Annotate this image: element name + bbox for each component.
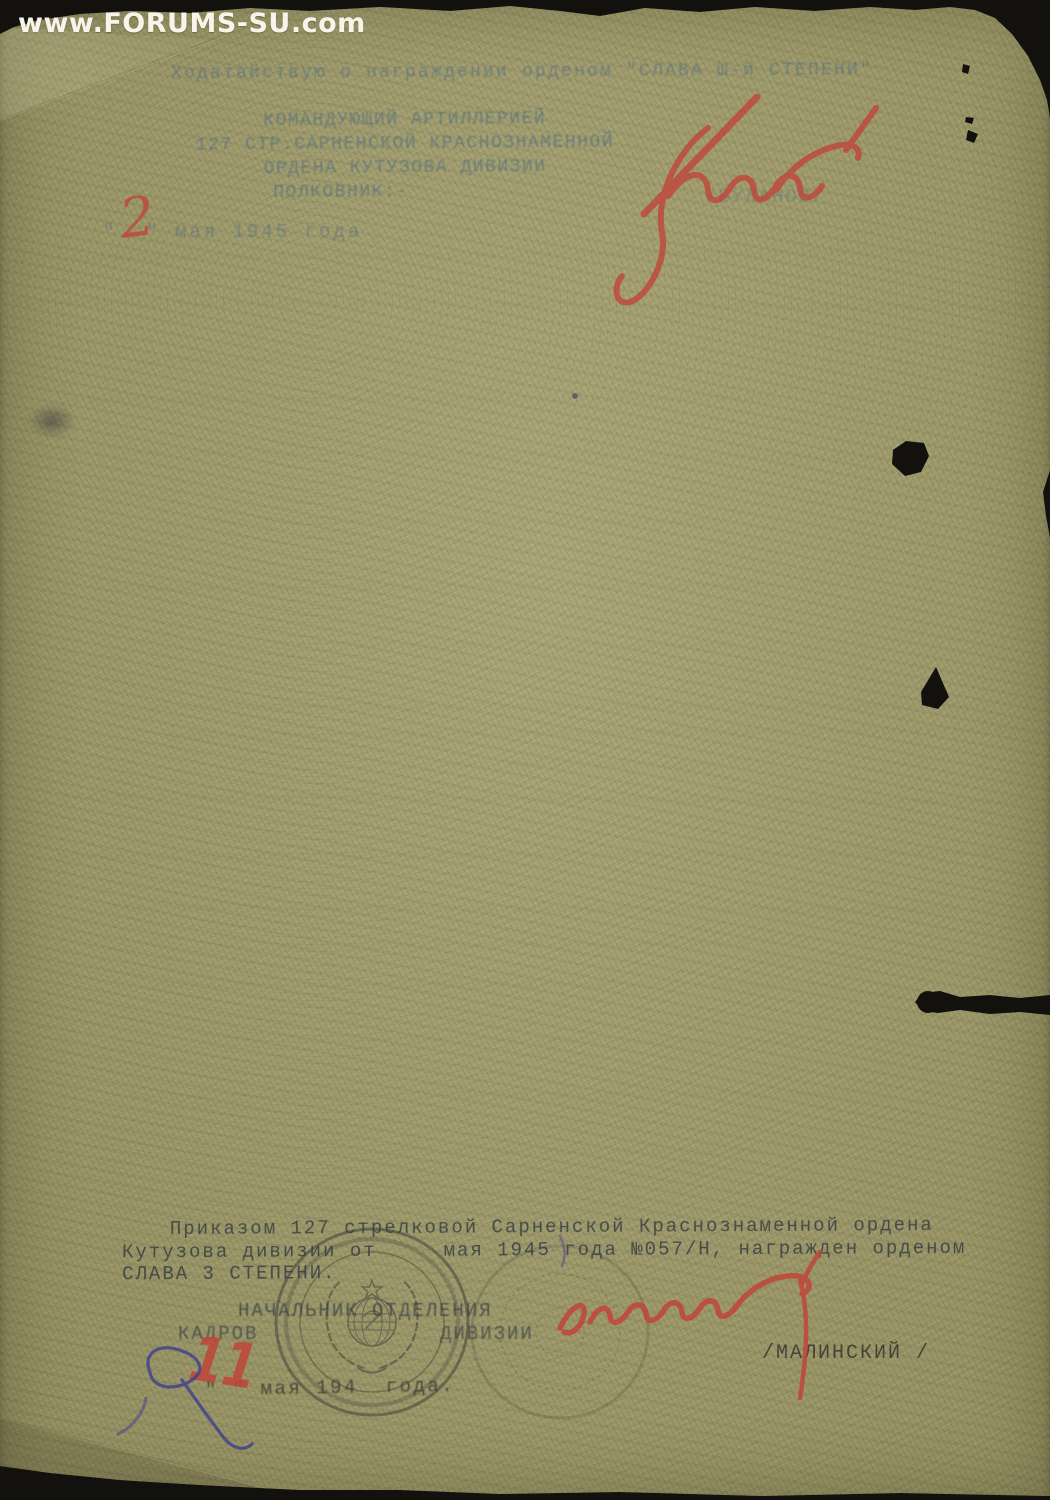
order-kutuzov-line: ОРДЕНА КУТУЗОВА ДИВИЗИИ: [155, 154, 655, 181]
petition-line: Ходатайствую о награждении орденом "СЛАВ…: [150, 60, 894, 84]
ghost-text-line: [170, 727, 1030, 739]
commander-title: КОМАНДУЮЩИЙ АРТИЛЛЕРИЕЙ: [155, 106, 655, 133]
ghost-text-line: [130, 1091, 850, 1100]
officer-title-line2-right: ДИВИЗИИ: [440, 1323, 534, 1345]
commander-block: КОМАНДУЮЩИЙ АРТИЛЛЕРИЕЙ 127 СТР.САРНЕНСК…: [155, 106, 656, 205]
ghost-text-line: [60, 395, 770, 403]
ghost-text-line: [410, 762, 710, 768]
ghost-text-line: [300, 641, 730, 649]
award-order-paragraph: Приказом 127 стрелковой Сарненской Красн…: [122, 1214, 1022, 1286]
officer-title-line1: НАЧАЛЬНИК ОТДЕЛЕНИЯ: [238, 1300, 493, 1322]
document-scan: Ходатайствую о награждении орденом "СЛАВ…: [0, 0, 1050, 1500]
typed-name-bottom: /МАЛИНСКИЙ /: [762, 1342, 930, 1365]
handwritten-day: 2: [116, 184, 158, 251]
ghost-text-line: [260, 1147, 760, 1155]
watermark: www.FORUMS-SU.com: [18, 8, 366, 39]
rank-line: ПОЛКОВНИК:-: [155, 178, 655, 205]
ghost-text-line: [10, 299, 1030, 310]
ink-smudge: [28, 404, 76, 438]
ghost-text-line: [120, 449, 890, 460]
ghost-text-line: [70, 249, 940, 261]
division-line: 127 СТР.САРНЕНСКОЙ КРАСНОЗНАМЕННОЙ: [155, 130, 655, 157]
handwritten-mark-11: 11: [185, 1321, 261, 1403]
ghost-text-line: [150, 704, 980, 710]
typed-name-top: /БУЛАНОВ/: [705, 186, 826, 208]
ghost-text-line: [150, 982, 850, 988]
ghost-text-line: [210, 518, 730, 524]
ghost-text-line: [280, 941, 750, 949]
ghost-text-line: [60, 850, 1000, 859]
order-line: Кутузова дивизии от мая 1945 года №057/Н…: [122, 1236, 1022, 1263]
ghost-text-line: [60, 793, 1020, 804]
ghost-text-line: [150, 356, 410, 362]
order-line: СЛАВА 3 СТЕПЕНИ.: [122, 1259, 1022, 1286]
ghost-text-line: [110, 582, 770, 591]
ghost-text-line: [110, 905, 960, 914]
ghost-text-line: [200, 1034, 810, 1043]
